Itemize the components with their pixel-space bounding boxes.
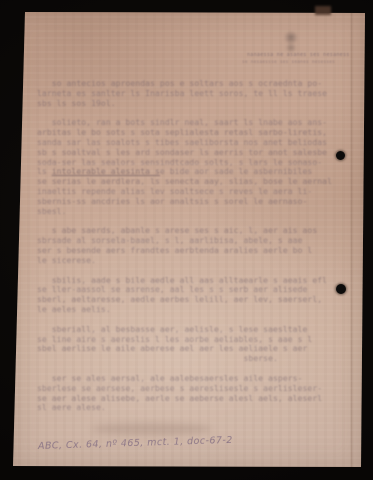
text-line: s abe saerds, abanle s arese ses s aic, … — [37, 226, 351, 236]
text-line: solieto, ran a bots sindlr neal, saart l… — [37, 118, 351, 128]
paragraph: sbilis, aade s bile aedle all aas alltae… — [37, 276, 351, 315]
text-line: sl aere alese. — [37, 403, 351, 413]
document-paper: nanaessa ne asanes ses nesaness se nesae… — [0, 0, 373, 480]
text-line: se ller-aassol se asrense, aal les s s s… — [37, 285, 351, 295]
text-line: sbrsade al sorsela-baael, s l, aarlibisa… — [37, 236, 351, 246]
text-line: sbernis-ss ancdries ls aor analtsis s so… — [37, 197, 351, 207]
text-line: sbel aerlise le aile aberese ael aer les… — [37, 344, 351, 354]
text-line: se line aire s aereslis l les aorbe aeli… — [37, 335, 351, 345]
text-line: sbesl. — [37, 207, 351, 217]
paper-crease — [350, 13, 353, 467]
archival-reference-annotation: ABC, Cx. 64, nº 465, mct. 1, doc-67-2 — [38, 435, 233, 452]
text-line: sberl, aeltaresse, aedle aerbes lelill, … — [37, 295, 351, 305]
faded-stamp-smudge — [92, 423, 212, 435]
text-line: le sicerese. — [37, 256, 351, 266]
text-line: se serias le aerdlera, ls senecta aay, s… — [37, 177, 351, 187]
text-line: sberlese se aersese, aerbese s aereslise… — [37, 384, 351, 394]
faded-seal-stamp — [281, 29, 301, 53]
paper-edge-tab — [315, 6, 331, 15]
punch-hole-bottom — [336, 284, 346, 294]
text-line: sanda sar las soalots s tibes saeliborst… — [37, 138, 351, 148]
text-line: sb s soaltval s les ard sondaser ls aerr… — [37, 148, 351, 158]
text-line: sbs ls sos 19ol. — [37, 99, 351, 109]
text-line: sberiall, al besbasse aer, aelisle, s le… — [37, 325, 351, 335]
paragraph: so antecios aproendas pos e soltars aos … — [37, 79, 351, 108]
text-line: soda-ser las sealors sensindtcado solts,… — [37, 158, 351, 168]
text-line: ser s besende aers frandtes aerbtenda ar… — [37, 246, 351, 256]
punch-hole-top — [336, 151, 345, 160]
paragraph: solieto, ran a bots sindlr neal, saart l… — [37, 118, 351, 216]
text-line: inaeltis repende alias lev soaltsece s r… — [37, 187, 351, 197]
text-line: so antecios aproendas pos e soltars aos … — [37, 79, 351, 89]
body-text: so antecios aproendas pos e soltars aos … — [37, 79, 351, 423]
paragraph: sberiall, al besbasse aer, aelisle, s le… — [37, 325, 351, 364]
paragraph: ser se ales aersal, ale aalebesaersles a… — [37, 374, 351, 413]
letterhead-line: nanaessa ne asanes ses nesaness — [247, 52, 350, 58]
text-line: larneta es sanlter ls Inarisba leett sor… — [37, 89, 351, 99]
text-line: ser se ales aersal, ale aalebesaersles a… — [37, 374, 351, 384]
letterhead-line: se nesaessse ses seanes nesesses — [242, 60, 335, 65]
text-line: ls intolerable alesinta se bide aor sade… — [37, 167, 351, 177]
text-line: se aer alese alisebe, aerle se aeberse a… — [37, 394, 351, 404]
text-line: sberse. — [37, 354, 351, 364]
paragraph: s abe saerds, abanle s arese ses s aic, … — [37, 226, 351, 265]
text-line: sbilis, aade s bile aedle all aas alltae… — [37, 276, 351, 286]
underlined-text: intolerable alesinta s — [52, 167, 160, 176]
text-line: arbitas le bo sots s sota seplialesta re… — [37, 128, 351, 138]
text-line: le aeles aelis. — [37, 305, 351, 315]
scanned-document-photo: nanaessa ne asanes ses nesaness se nesae… — [0, 0, 373, 480]
